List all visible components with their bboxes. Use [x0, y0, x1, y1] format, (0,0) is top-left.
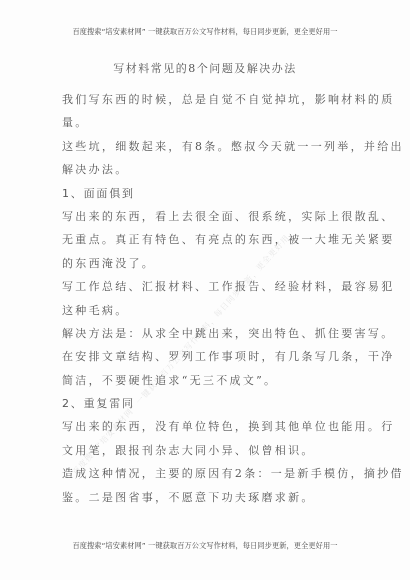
paragraph-line: 鉴。二是图省事，不愿意下功夫琢磨求新。 — [62, 486, 350, 509]
document-title: 写材料常见的8个问题及解决办法 — [0, 60, 410, 76]
paragraph-line: 的东西淹没了。 — [62, 252, 350, 275]
paragraph-line: 解决办法。 — [62, 158, 350, 181]
paragraph-line: 写出来的东西，没有单位特色，换到其他单位也能用。行 — [62, 415, 350, 438]
document-body: 我们写东西的时候，总是自觉不自觉掉坑，影响材料的质 量。 这些坑，细数起来，有8… — [62, 88, 350, 509]
paragraph-line: 造成这种情况，主要的原因有2条：一是新手模仿，摘抄借 — [62, 462, 350, 485]
section-heading: 1、面面俱到 — [62, 182, 350, 205]
paragraph-line: 量。 — [62, 111, 350, 134]
section-heading: 2、重复雷同 — [62, 392, 350, 415]
page-footer: 百度搜索“培安素材网” 一键获取百万公文写作材料，每日同步更新，更全更好用一 — [0, 541, 410, 551]
document-page: 百度搜索“培安素材网” 一键获取百万公文写作材料，每日同步更新，更全更好用 百度… — [0, 0, 410, 580]
paragraph-line: 简洁，不要硬性追求“无三不成文”。 — [62, 369, 350, 392]
paragraph-line: 文用笔，跟报刊杂志大同小异、似曾相识。 — [62, 439, 350, 462]
page-header: 百度搜索“培安素材网” 一键获取百万公文写作材料，每日同步更新，更全更好用一 — [0, 27, 410, 37]
paragraph-line: 我们写东西的时候，总是自觉不自觉掉坑，影响材料的质 — [62, 88, 350, 111]
paragraph-line: 写出来的东西，看上去很全面、很系统，实际上很散乱、 — [62, 205, 350, 228]
paragraph-line: 这种毛病。 — [62, 299, 350, 322]
paragraph-line: 无重点。真正有特色、有亮点的东西，被一大堆无关紧要 — [62, 228, 350, 251]
paragraph-line: 这些坑，细数起来，有8条。憋叔今天就一一列举，并给出 — [62, 135, 350, 158]
paragraph-line: 写工作总结、汇报材料、工作报告、经验材料，最容易犯 — [62, 275, 350, 298]
paragraph-line: 解决方法是：从求全中跳出来，突出特色、抓住要害写。 — [62, 322, 350, 345]
paragraph-line: 在安排文章结构、罗列工作事项时，有几条写几条，干净 — [62, 345, 350, 368]
